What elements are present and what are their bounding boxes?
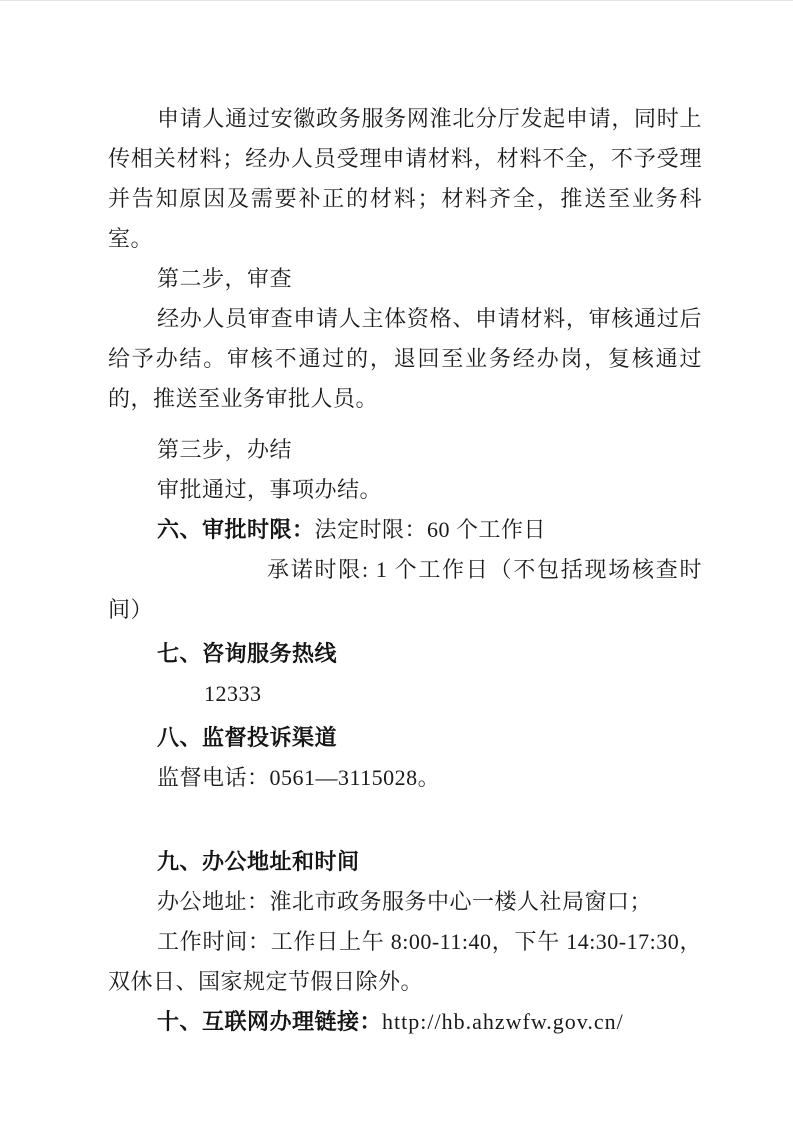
section-internet-link: 十、互联网办理链接：http://hb.ahzwfw.gov.cn/ <box>108 1002 702 1042</box>
internet-link-url: http://hb.ahzwfw.gov.cn/ <box>382 1009 624 1034</box>
paragraph-step3-title: 第三步，办结 <box>108 430 702 470</box>
legal-time-limit: 法定时限：60 个工作日 <box>315 517 547 542</box>
office-address: 办公地址：淮北市政务服务中心一楼人社局窗口； <box>108 882 702 922</box>
promised-time-limit: 承诺时限: 1 个工作日（不包括现场核查时间） <box>108 550 702 630</box>
document-page: 申请人通过安徽政务服务网淮北分厅发起申请，同时上传相关材料；经办人员受理申请材料… <box>0 0 793 1123</box>
office-hours: 工作时间：工作日上午 8:00-11:40，下午 14:30-17:30，双休日… <box>108 922 702 1002</box>
paragraph-step2-description: 经办人员审查申请人主体资格、申请材料，审核通过后给予办结。审核不通过的，退回至业… <box>108 299 702 419</box>
internet-link-heading: 十、互联网办理链接： <box>157 1009 382 1034</box>
section-consultation-hotline-heading: 七、咨询服务热线 <box>108 634 702 674</box>
paragraph-step1-description: 申请人通过安徽政务服务网淮北分厅发起申请，同时上传相关材料；经办人员受理申请材料… <box>108 99 702 259</box>
hotline-number: 12333 <box>108 674 702 714</box>
approval-time-heading: 六、审批时限： <box>157 517 315 542</box>
section-approval-time-limit: 六、审批时限：法定时限：60 个工作日 <box>108 510 702 550</box>
paragraph-step3-description: 审批通过，事项办结。 <box>108 470 702 510</box>
supervision-phone: 监督电话：0561—3115028。 <box>108 758 702 798</box>
section-supervision-heading: 八、监督投诉渠道 <box>108 718 702 758</box>
section-office-heading: 九、办公地址和时间 <box>108 842 702 882</box>
document-body: 申请人通过安徽政务服务网淮北分厅发起申请，同时上传相关材料；经办人员受理申请材料… <box>108 99 702 1042</box>
paragraph-step2-title: 第二步，审查 <box>108 259 702 299</box>
